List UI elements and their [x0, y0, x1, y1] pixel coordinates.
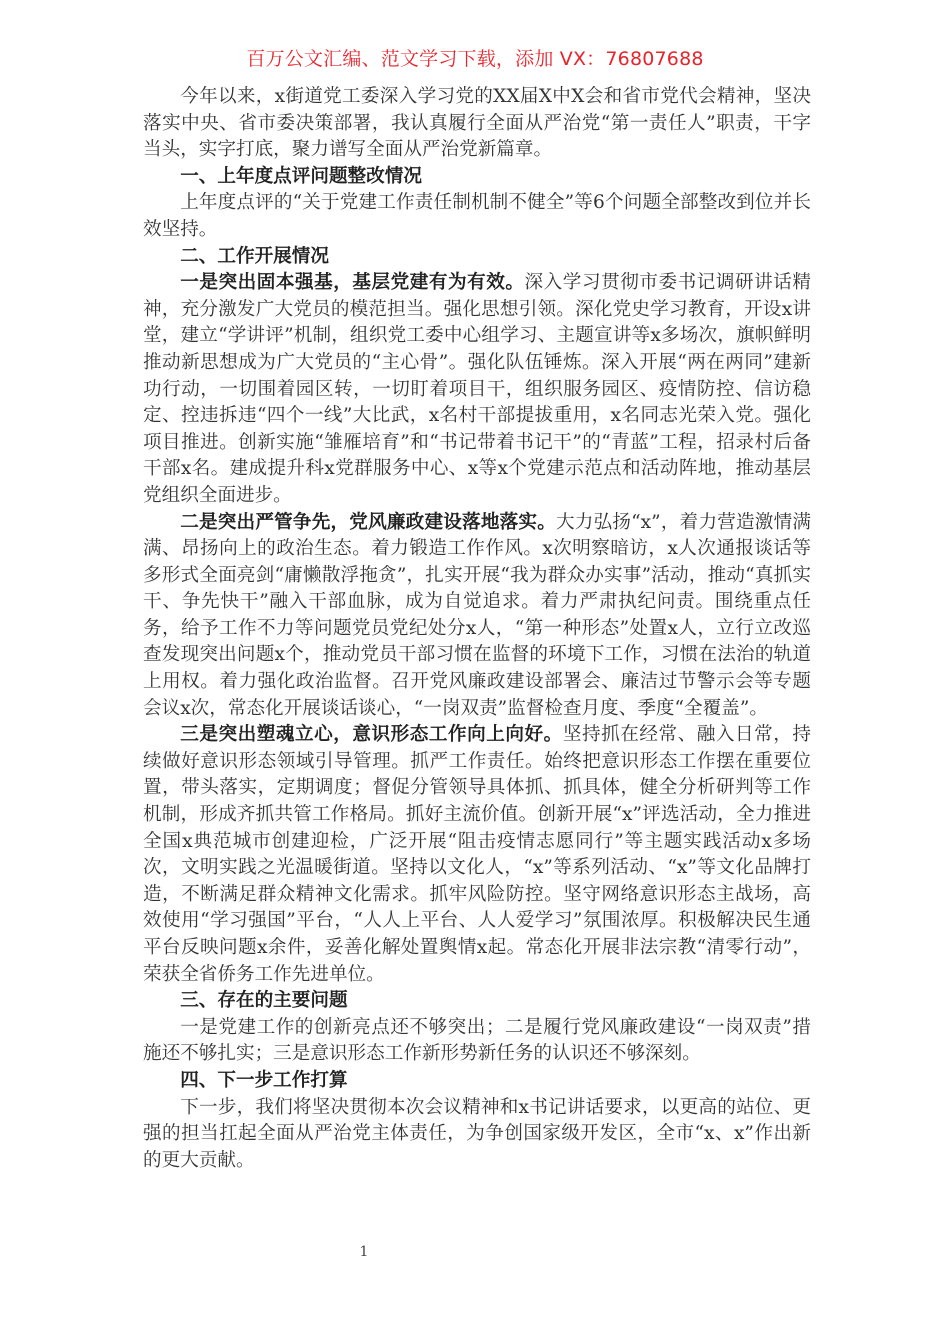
item-2-lead: 二是突出严管争先，党风廉政建设落地落实。 — [180, 512, 556, 533]
document-page: 百万公文汇编、范文学习下载，添加 VX：76807688 今年以来，x街道党工委… — [0, 0, 950, 1344]
item-3-body: 坚持抓在经常、融入日常，持续做好意识形态领域引导管理。抓严工作责任。始终把意识形… — [143, 724, 811, 984]
item-2-body: 大力弘扬“x”，着力营造激情满满、昂扬向上的政治生态。着力锻造工作作风。x次明察… — [143, 512, 811, 719]
section-1-paragraph: 上年度点评的“关于党建工作责任制机制不健全”等6个问题全部整改到位并长效坚持。 — [143, 190, 811, 243]
intro-paragraph: 今年以来，x街道党工委深入学习党的XX届X中X会和省市党代会精神，坚决落实中央、… — [143, 84, 811, 164]
section-2-item-2: 二是突出严管争先，党风廉政建设落地落实。大力弘扬“x”，着力营造激情满满、昂扬向… — [143, 510, 811, 723]
section-heading-3: 三、存在的主要问题 — [143, 988, 811, 1015]
item-3-lead: 三是突出塑魂立心，意识形态工作向上向好。 — [180, 724, 563, 745]
page-number: 1 — [352, 1244, 376, 1260]
item-1-body: 深入学习贯彻市委书记调研讲话精神，充分激发广大党员的模范担当。强化思想引领。深化… — [143, 272, 811, 506]
section-heading-2: 二、工作开展情况 — [143, 244, 811, 271]
section-2-item-1: 一是突出固本强基，基层党建有为有效。深入学习贯彻市委书记调研讲话精神，充分激发广… — [143, 270, 811, 509]
document-body: 今年以来，x街道党工委深入学习党的XX届X中X会和省市党代会精神，坚决落实中央、… — [143, 84, 811, 1174]
section-heading-1: 一、上年度点评问题整改情况 — [143, 164, 811, 191]
item-1-lead: 一是突出固本强基，基层党建有为有效。 — [180, 272, 524, 293]
watermark-banner: 百万公文汇编、范文学习下载，添加 VX：76807688 — [0, 46, 950, 72]
section-4-paragraph: 下一步，我们将坚决贯彻本次会议精神和x书记讲话要求，以更高的站位、更强的担当扛起… — [143, 1095, 811, 1175]
section-2-item-3: 三是突出塑魂立心，意识形态工作向上向好。坚持抓在经常、融入日常，持续做好意识形态… — [143, 722, 811, 988]
section-heading-4: 四、下一步工作打算 — [143, 1068, 811, 1095]
section-3-paragraph: 一是党建工作的创新亮点还不够突出；二是履行党风廉政建设“一岗双责”措施还不够扎实… — [143, 1015, 811, 1068]
